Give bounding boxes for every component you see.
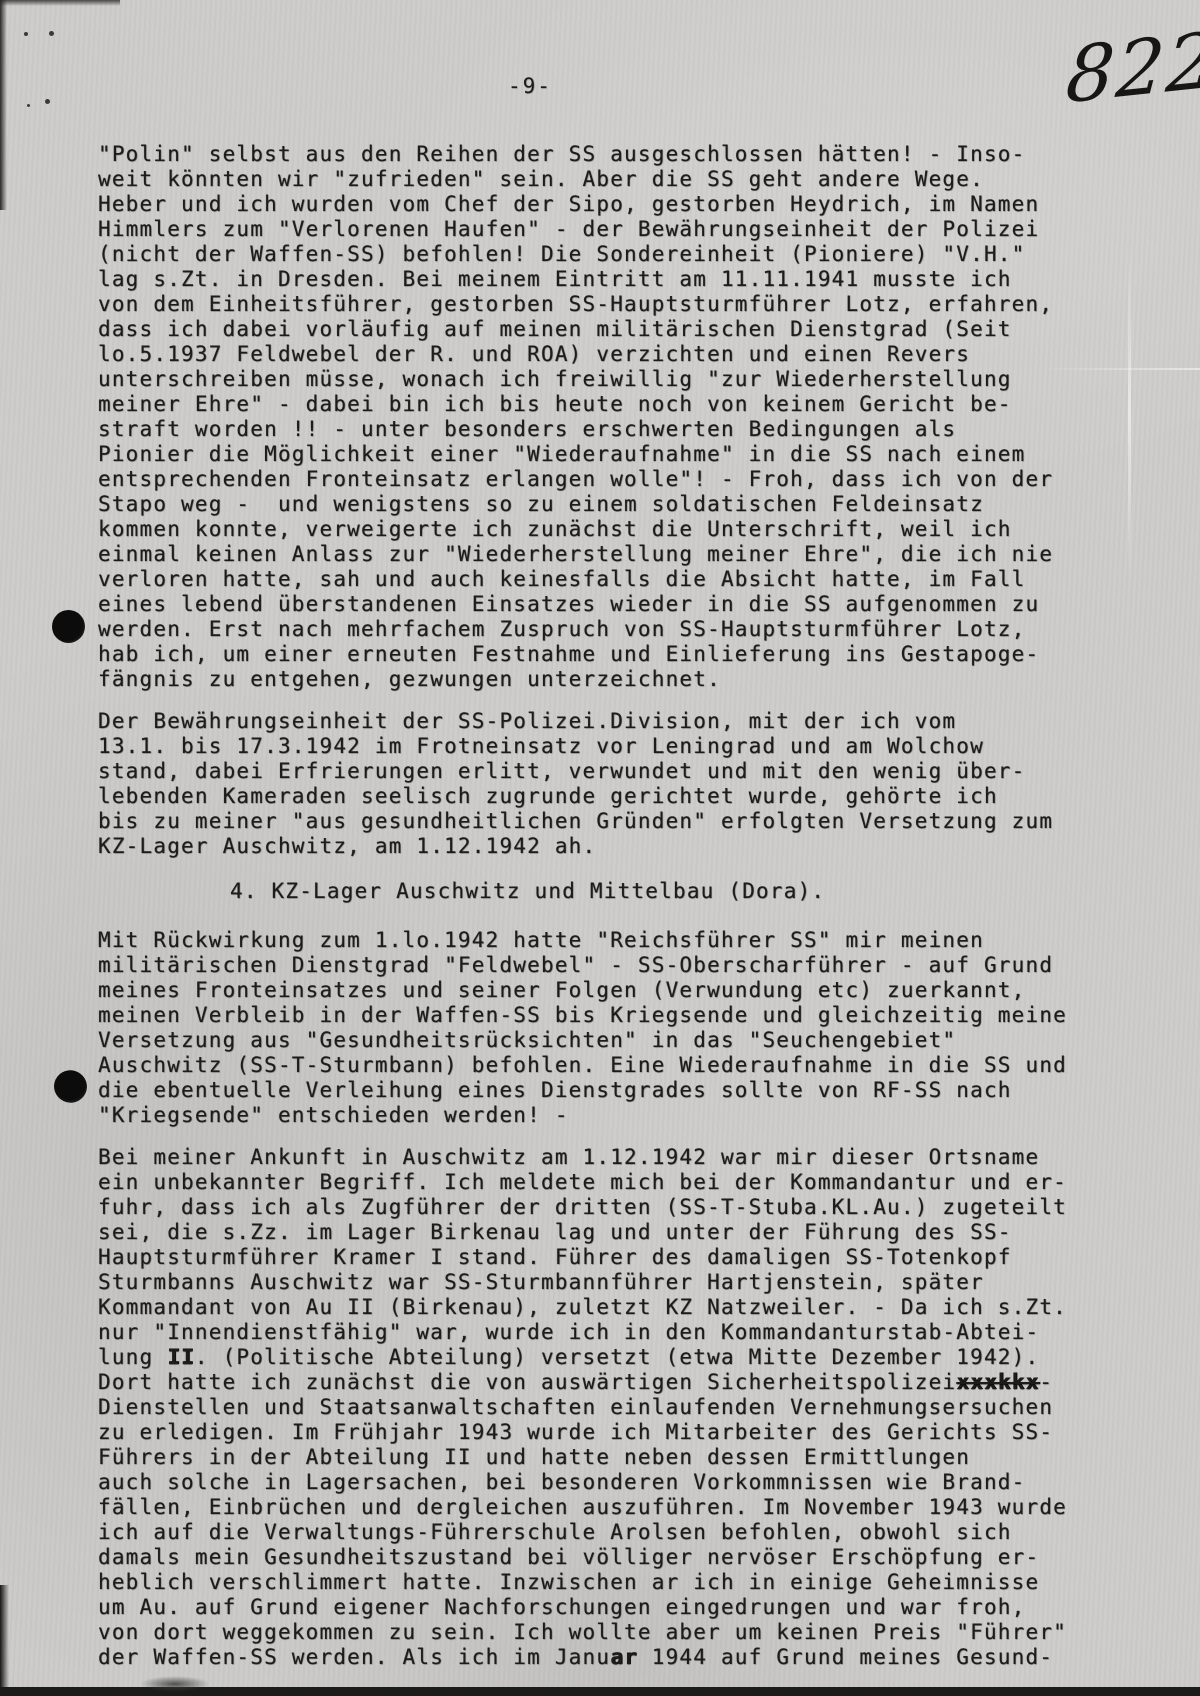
text-line: Auschwitz (SS-T-Sturmbann) befohlen. Ein… xyxy=(98,1053,1108,1078)
text-line: (nicht der Waffen-SS) befohlen! Die Sond… xyxy=(98,242,1108,267)
text-line: Hauptsturmführer Kramer I stand. Führer … xyxy=(98,1245,1108,1270)
text-line: 13.1. bis 17.3.1942 im Frotneinsatz vor … xyxy=(98,734,1108,759)
ink-speck xyxy=(49,31,54,36)
text-line: lag s.Zt. in Dresden. Bei meinem Eintrit… xyxy=(98,267,1108,292)
text-line-struck: Dort hatte ich zunächst die von auswärti… xyxy=(98,1370,1108,1395)
paragraph-2: Der Bewährungseinheit der SS-Polizei.Div… xyxy=(98,709,1108,859)
text-line: meinen Verbleib in der Waffen-SS bis Kri… xyxy=(98,1003,1108,1028)
text-line: ein unbekannter Begriff. Ich meldete mic… xyxy=(98,1170,1108,1195)
text-line: Versetzung aus "Gesundheitsrücksichten" … xyxy=(98,1028,1108,1053)
text-line: stand, dabei Erfrierungen erlitt, verwun… xyxy=(98,759,1108,784)
text-line: entsprechenden Fronteinsatz erlangen wol… xyxy=(98,467,1108,492)
text-line: unterschreiben müsse, wonach ich freiwil… xyxy=(98,367,1108,392)
text-line: lo.5.1937 Feldwebel der R. und ROA) verz… xyxy=(98,342,1108,367)
text-line: sei, die s.Zz. im Lager Birkenau lag und… xyxy=(98,1220,1108,1245)
text-line: meines Fronteinsatzes und seiner Folgen … xyxy=(98,978,1108,1003)
text-line: dass ich dabei vorläufig auf meinen mili… xyxy=(98,317,1108,342)
text-line: Himmlers zum "Verlorenen Haufen" - der B… xyxy=(98,217,1108,242)
text-line: kommen konnte, verweigerte ich zunächst … xyxy=(98,517,1108,542)
text-line: fuhr, dass ich als Zugführer der dritten… xyxy=(98,1195,1108,1220)
paragraph-1: "Polin" selbst aus den Reihen der SS aus… xyxy=(98,142,1108,692)
text-line: Heber und ich wurden vom Chef der Sipo, … xyxy=(98,192,1108,217)
text-line: die ebentuelle Verleihung eines Dienstgr… xyxy=(98,1078,1108,1103)
text-line: Pionier die Möglichkeit einer "Wiederauf… xyxy=(98,442,1108,467)
text-line: weit könnten wir "zufrieden" sein. Aber … xyxy=(98,167,1108,192)
page-number: -9- xyxy=(508,74,552,98)
ink-speck xyxy=(27,104,30,107)
text-line: heblich verschlimmert hatte. Inzwischen … xyxy=(98,1570,1108,1595)
text-line: Bei meiner Ankunft in Auschwitz am 1.12.… xyxy=(98,1145,1108,1170)
text-line: von dem Einheitsführer, gestorben SS-Hau… xyxy=(98,292,1108,317)
text-line: ich auf die Verwaltungs-Führerschule Aro… xyxy=(98,1520,1108,1545)
text-line: "Polin" selbst aus den Reihen der SS aus… xyxy=(98,142,1108,167)
scanned-document-page: -9- 822 "Polin" selbst aus den Reihen de… xyxy=(0,0,1200,1696)
text-line: meiner Ehre" - dabei bin ich bis heute n… xyxy=(98,392,1108,417)
text-line: Führers in der Abteilung II und hatte ne… xyxy=(98,1445,1108,1470)
handwritten-folio-number: 822 xyxy=(1064,22,1200,115)
text-line: Stapo weg - und wenigstens so zu einem s… xyxy=(98,492,1108,517)
text-segment: 1944 auf Grund meines Gesund- xyxy=(638,1645,1053,1669)
text-segment: lung xyxy=(98,1345,167,1369)
text-segment: der Waffen-SS werden. Als ich im Janu xyxy=(98,1645,610,1669)
text-line: hab ich, um einer erneuten Festnahme und… xyxy=(98,642,1108,667)
hole-punch-bottom xyxy=(50,1067,90,1107)
text-line: fällen, Einbrüchen und dergleichen auszu… xyxy=(98,1495,1108,1520)
text-line: lebenden Kameraden seelisch zugrunde ger… xyxy=(98,784,1108,809)
struck-out-text: xxxkkx xyxy=(956,1370,1039,1394)
text-line: KZ-Lager Auschwitz, am 1.12.1942 ah. xyxy=(98,834,1108,859)
text-segment: - xyxy=(1039,1370,1053,1394)
typewritten-text-block: "Polin" selbst aus den Reihen der SS aus… xyxy=(98,142,1108,1687)
text-line: verloren hatte, sah und auch keinesfalls… xyxy=(98,567,1108,592)
text-line: straft worden !! - unter besonders ersch… xyxy=(98,417,1108,442)
text-line: eines lebend überstandenen Einsatzes wie… xyxy=(98,592,1108,617)
text-line: zu erledigen. Im Frühjahr 1943 wurde ich… xyxy=(98,1420,1108,1445)
text-line: von dort weggekommen zu sein. Ich wollte… xyxy=(98,1620,1108,1645)
paragraph-4: Bei meiner Ankunft in Auschwitz am 1.12.… xyxy=(98,1145,1108,1670)
text-segment: . (Politische Abteilung) versetzt (etwa … xyxy=(195,1345,1039,1369)
text-line: militärischen Dienstgrad "Feldwebel" - S… xyxy=(98,953,1108,978)
text-line: bis zu meiner "aus gesundheitlichen Grün… xyxy=(98,809,1108,834)
text-line: einmal keinen Anlass zur "Wiederherstell… xyxy=(98,542,1108,567)
text-line: Kommandant von Au II (Birkenau), zuletzt… xyxy=(98,1295,1108,1320)
hole-punch-top xyxy=(52,610,85,643)
text-line: "Kriegsende" entschieden werden! - xyxy=(98,1103,1108,1128)
text-line: werden. Erst nach mehrfachem Zuspruch vo… xyxy=(98,617,1108,642)
text-line: nur "Innendienstfähig" war, wurde ich in… xyxy=(98,1320,1108,1345)
text-line: um Au. auf Grund eigener Nachforschungen… xyxy=(98,1595,1108,1620)
text-line-overtyped: der Waffen-SS werden. Als ich im Januar … xyxy=(98,1645,1108,1670)
ink-speck xyxy=(45,99,50,104)
scan-edge-left-bottom xyxy=(0,1585,9,1696)
text-line: damals mein Gesundheitszustand bei völli… xyxy=(98,1545,1108,1570)
scan-scratch xyxy=(1128,250,1131,580)
text-line: Der Bewährungseinheit der SS-Polizei.Div… xyxy=(98,709,1108,734)
text-line: fängnis zu entgehen, gezwungen unterzeic… xyxy=(98,667,1108,692)
overtyped-text: II xyxy=(167,1345,195,1369)
text-line: Sturmbanns Auschwitz war SS-Sturmbannfüh… xyxy=(98,1270,1108,1295)
text-line: Mit Rückwirkung zum 1.lo.1942 hatte "Rei… xyxy=(98,928,1108,953)
overtyped-text: ar xyxy=(610,1645,638,1669)
text-segment: Dort hatte ich zunächst die von auswärti… xyxy=(98,1370,956,1394)
section-heading: 4. KZ-Lager Auschwitz und Mittelbau (Dor… xyxy=(230,879,1108,904)
scan-edge-top xyxy=(0,0,120,6)
scan-edge-left-top xyxy=(0,0,7,210)
text-line: auch solche in Lagersachen, bei besonder… xyxy=(98,1470,1108,1495)
ink-speck xyxy=(24,32,28,36)
text-line-overtyped: lung II. (Politische Abteilung) versetzt… xyxy=(98,1345,1108,1370)
text-line: Dienstellen und Staatsanwaltschaften ein… xyxy=(98,1395,1108,1420)
paragraph-3: Mit Rückwirkung zum 1.lo.1942 hatte "Rei… xyxy=(98,928,1108,1128)
